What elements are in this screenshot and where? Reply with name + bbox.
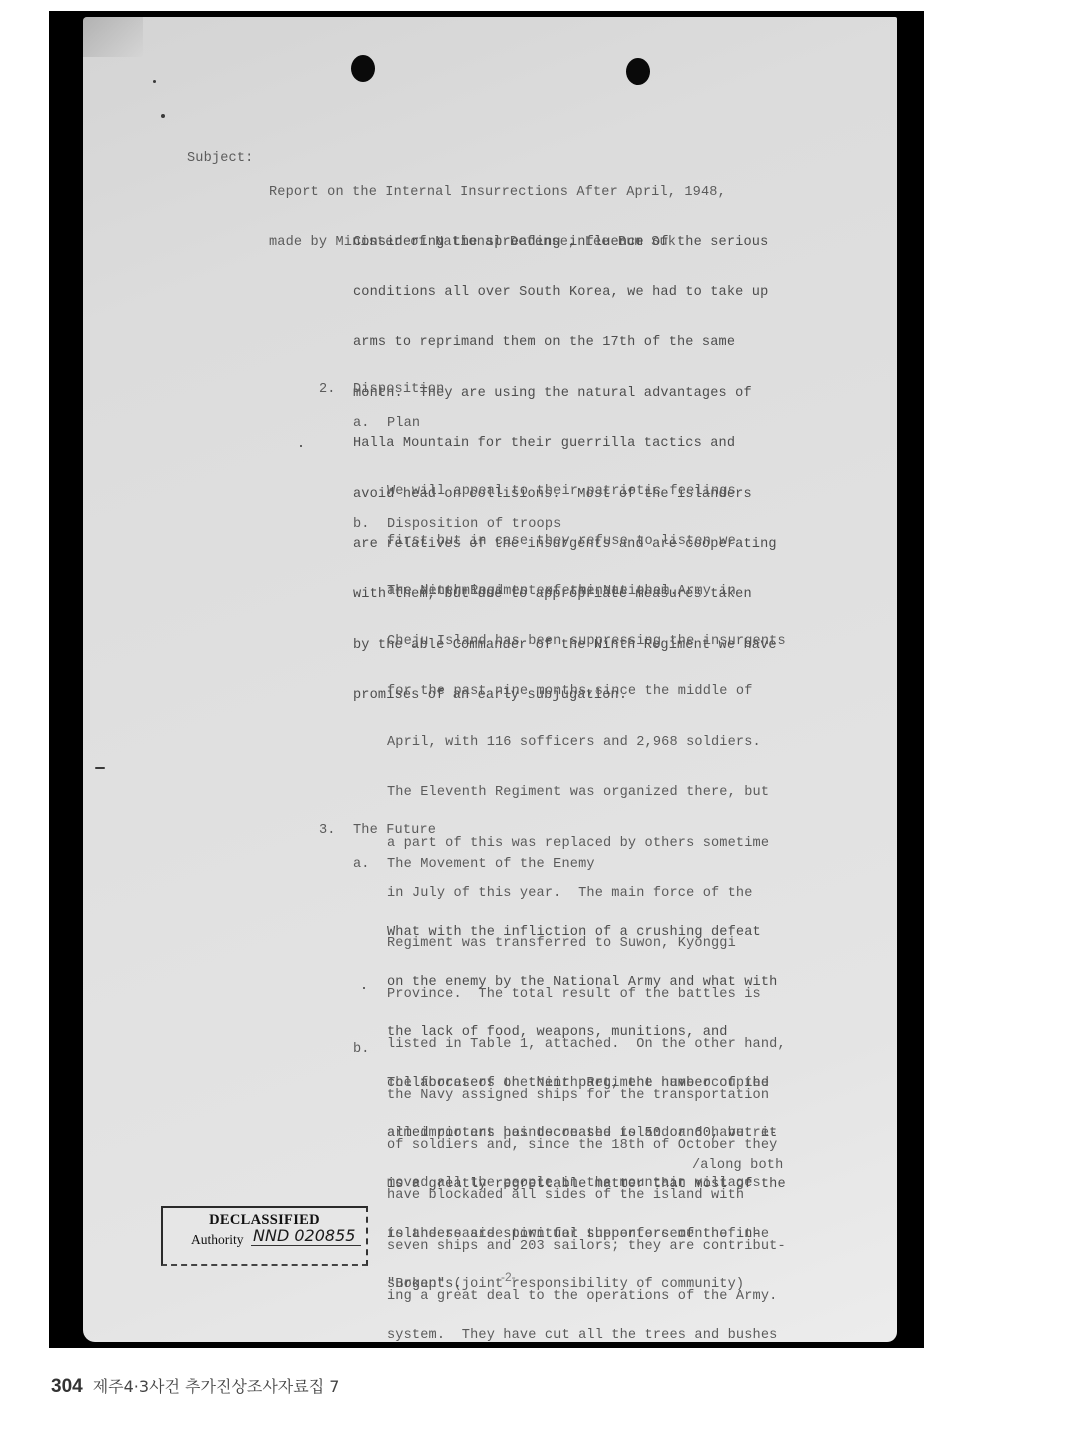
text-line: first but in case they refuse to listen …	[387, 534, 736, 551]
speck	[153, 80, 156, 83]
section-3-title: The Future	[353, 823, 436, 840]
subject-label: Subject:	[187, 151, 253, 168]
section-3a-label: a.	[353, 857, 370, 874]
subject-line: Report on the Internal Insurrections Aft…	[269, 185, 726, 202]
text-line: to the seaside town for the enforcement …	[387, 1227, 777, 1244]
speck	[300, 445, 302, 447]
section-2a-title: Plan	[387, 416, 420, 433]
document-page: Subject: Report on the Internal Insurrec…	[83, 17, 897, 1342]
speck	[161, 114, 165, 118]
text-line: Considering the spreading influence of t…	[353, 235, 777, 252]
section-2-number: 2.	[319, 382, 336, 399]
section-2b-label: b.	[353, 517, 370, 534]
speck	[363, 987, 365, 989]
section-2b-title: Disposition of troops	[387, 517, 561, 534]
page-marker: -2-	[501, 1270, 516, 1284]
speck	[95, 767, 105, 769]
text-line: We will appeal to their patriotic feelin…	[387, 484, 736, 501]
text-line: arms to reprimand them on the 17th of th…	[353, 335, 777, 352]
footer-page-number: 304	[51, 1376, 83, 1398]
text-line: system. They have cut all the trees and …	[387, 1328, 777, 1342]
stamp-authority-value: NND 020855	[251, 1226, 361, 1246]
section-2-title: Disposition	[353, 382, 444, 399]
book-footer: 304 제주4·3사건 추가진상조사자료집 7	[51, 1374, 339, 1398]
punch-hole-right	[626, 58, 650, 85]
text-line: moved all the people in the mountain vil…	[387, 1176, 777, 1193]
continuation-text: /along both	[692, 1158, 783, 1175]
text-line: the lack of food, weapons, munitions, an…	[387, 1025, 786, 1042]
section-3a-title: The Movement of the Enemy	[387, 857, 595, 874]
text-line: a part of this was replaced by others so…	[387, 836, 786, 853]
text-line: The Eleventh Regiment was organized ther…	[387, 785, 786, 802]
text-line: on the enemy by the National Army and wh…	[387, 975, 786, 992]
section-3b-paragraph: The forces of the Ninth Regiment have oc…	[387, 1042, 777, 1342]
declassified-stamp: DECLASSIFIED Authority NND 020855	[161, 1206, 368, 1266]
text-line: The forces of the Ninth Regiment have oc…	[387, 1076, 777, 1093]
text-line: "Bokap" (joint responsibility of communi…	[387, 1277, 777, 1294]
text-line: Cheju Island has been suppressing the in…	[387, 634, 786, 651]
text-line: for the past nine months,since the middl…	[387, 684, 786, 701]
footer-book-title: 제주4·3사건 추가진상조사자료집 7	[93, 1374, 340, 1397]
punch-hole-left	[351, 55, 375, 82]
text-line: conditions all over South Korea, we had …	[353, 285, 777, 302]
stamp-authority-label: Authority	[191, 1232, 244, 1248]
text-line: all important points on the island and h…	[387, 1126, 777, 1143]
section-3b-label: b.	[353, 1042, 370, 1059]
text-line: April, with 116 sofficers and 2,968 sold…	[387, 735, 786, 752]
section-2a-label: a.	[353, 416, 370, 433]
section-3-number: 3.	[319, 823, 336, 840]
text-line: The Ninth Regiment of the National Army …	[387, 584, 786, 601]
text-line: What with the infliction of a crushing d…	[387, 925, 786, 942]
scan-frame: Subject: Report on the Internal Insurrec…	[49, 11, 924, 1348]
